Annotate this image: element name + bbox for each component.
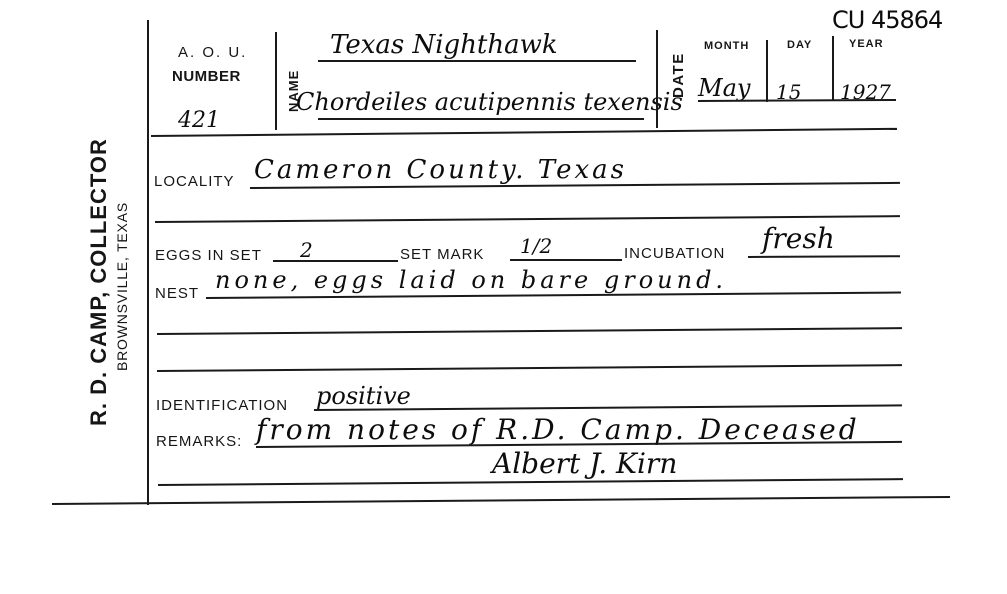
name-date-divider — [656, 30, 658, 128]
month-day-divider — [766, 40, 768, 102]
scientific-name-underline — [318, 118, 644, 120]
locality-value: Cameron County. Texas — [254, 155, 627, 185]
incubation-value: fresh — [762, 222, 835, 255]
day-year-divider — [832, 36, 834, 100]
card-left-border — [147, 20, 149, 505]
common-name-value: Texas Nighthawk — [330, 30, 558, 60]
incubation-label: INCUBATION — [624, 245, 725, 262]
collector-location: BROWNSVILLE, TEXAS — [114, 202, 130, 371]
nest-label: NEST — [155, 285, 199, 302]
aou-label-line1: A. O. U. — [178, 44, 247, 61]
card-bottom-border — [52, 496, 950, 505]
set-mark-underline — [510, 259, 622, 261]
aou-label-line2: NUMBER — [172, 68, 241, 85]
common-name-underline — [318, 60, 636, 62]
remarks-label: REMARKS: — [156, 433, 242, 450]
aou-name-divider — [275, 32, 277, 130]
nest-value: none, eggs laid on bare ground. — [215, 266, 727, 294]
incubation-underline — [748, 255, 900, 258]
identification-value: positive — [316, 382, 411, 410]
blank-rule-1 — [157, 327, 902, 335]
scientific-name-value: Chordeiles acutipennis texensis — [296, 88, 683, 116]
month-value: May — [698, 74, 750, 102]
year-label: YEAR — [849, 38, 884, 50]
identification-label: IDENTIFICATION — [156, 397, 288, 414]
eggs-in-set-value: 2 — [300, 238, 313, 262]
eggs-in-set-underline — [273, 260, 398, 262]
header-bottom-rule — [151, 128, 897, 137]
remarks-signature: Albert J. Kirn — [492, 447, 677, 480]
day-label: DAY — [787, 39, 812, 51]
catalog-number: CU 45864 — [832, 6, 942, 34]
blank-rule-2 — [157, 364, 902, 372]
aou-number-value: 421 — [178, 108, 220, 133]
month-label: MONTH — [704, 40, 749, 52]
date-label: DATE — [670, 52, 687, 98]
eggs-in-set-label: EGGS IN SET — [155, 247, 262, 264]
set-mark-label: SET MARK — [400, 246, 484, 263]
set-mark-value: 1/2 — [520, 234, 552, 258]
locality-label: LOCALITY — [154, 173, 235, 190]
collector-name: R. D. CAMP, COLLECTOR — [86, 138, 112, 426]
